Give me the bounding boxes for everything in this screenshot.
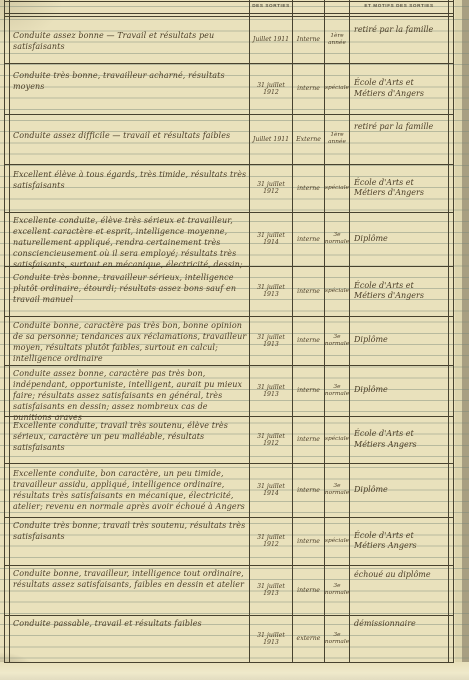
row-description: Excellent élève à tous égards, très timi… (13, 164, 247, 218)
row-exit-date: Juillet 1911 (250, 16, 292, 63)
row-exit-motif: démissionnaire (354, 615, 446, 666)
row-separator-line (4, 16, 454, 17)
row-separator-line (4, 212, 454, 213)
row-regime: interne (293, 463, 324, 517)
row-regime: interne (293, 416, 324, 463)
row-regime: interne (293, 266, 324, 316)
row-exit-date: 31 juillet 1912 (250, 63, 292, 114)
row-description: Conduite très bonne, travail très souten… (13, 517, 247, 569)
row-description: Conduite bonne, caractère pas très bon, … (13, 316, 247, 370)
row-regime: interne (293, 565, 324, 615)
row-exit-date: 31 juillet 1912 (250, 416, 292, 463)
row-separator-line (4, 662, 454, 663)
column-header-dates: DES SORTIES (250, 1, 292, 11)
row-exit-motif: Diplôme (354, 316, 446, 365)
row-classe: 3e normale (325, 565, 349, 615)
row-exit-date: 31 juillet 1912 (250, 517, 292, 565)
row-classe: 3e normale (325, 212, 349, 266)
row-exit-motif: Diplôme (354, 463, 446, 517)
row-description: Excellente conduite, travail très souten… (13, 416, 247, 468)
table-border-left-inner (9, 0, 10, 663)
table-border-right-outer (453, 0, 454, 663)
row-regime: interne (293, 63, 324, 114)
row-regime: interne (293, 365, 324, 416)
row-separator-line (4, 13, 454, 14)
row-description: Conduite très bonne, travailleur sérieux… (13, 266, 247, 323)
row-description: Conduite assez bonne, caractère pas très… (13, 365, 247, 420)
row-exit-motif: échoué au diplôme (354, 565, 446, 620)
row-description: Conduite bonne, travailleur, intelligenc… (13, 565, 247, 619)
row-exit-motif: École d'Arts et Métiers Angers (354, 517, 446, 565)
row-classe: 3e normale (325, 463, 349, 517)
row-exit-motif: École d'Arts et Métiers d'Angers (354, 266, 446, 316)
column-header-motifs: ET MOTIFS DES SORTIES (350, 1, 448, 11)
row-separator-line (4, 1, 454, 2)
row-regime: interne (293, 212, 324, 266)
row-exit-date: 31 juillet 1914 (250, 463, 292, 517)
row-description: Excellente conduite, élève très sérieux … (13, 212, 247, 270)
ledger-page-scan: DES SORTIES ET MOTIFS DES SORTIES Condui… (0, 0, 469, 680)
row-exit-motif: École d'Arts et Métiers Angers (354, 416, 446, 463)
row-exit-date: 31 juillet 1913 (250, 316, 292, 365)
row-classe: spéciale (325, 266, 349, 316)
row-description: Excellente conduite, bon caractère, un p… (13, 463, 247, 523)
row-separator-line (4, 316, 454, 317)
row-exit-motif: Diplôme (354, 365, 446, 416)
row-exit-motif: Diplôme (354, 212, 446, 266)
row-exit-date: Juillet 1911 (250, 114, 292, 164)
row-classe: spéciale (325, 164, 349, 212)
row-regime: interne (293, 517, 324, 565)
row-separator-line (4, 164, 454, 165)
row-classe: 1ère année (325, 16, 349, 63)
row-separator-line (4, 365, 454, 366)
row-exit-motif: École d'Arts et Métiers d'Angers (354, 164, 446, 212)
row-regime: Interne (293, 16, 324, 63)
row-regime: interne (293, 164, 324, 212)
table-border-left-outer (4, 0, 5, 663)
row-regime: interne (293, 316, 324, 365)
row-description: Conduite passable, travail et résultats … (13, 615, 247, 666)
column-divider-motifs (349, 0, 350, 663)
row-separator-line (4, 416, 454, 417)
table-border-right-inner (448, 0, 449, 663)
row-regime: Externe (293, 114, 324, 164)
row-separator-line (4, 63, 454, 64)
row-separator-line (4, 615, 454, 616)
row-exit-motif: École d'Arts et Métiers d'Angers (354, 63, 446, 114)
row-separator-line (4, 517, 454, 518)
row-exit-date: 31 juillet 1912 (250, 164, 292, 212)
row-regime: externe (293, 615, 324, 662)
row-classe: spéciale (325, 517, 349, 565)
row-classe: 3e normale (325, 316, 349, 365)
row-classe: 1ère année (325, 114, 349, 164)
row-separator-line (4, 114, 454, 115)
row-classe: 3e normale (325, 615, 349, 662)
row-exit-date: 31 juillet 1914 (250, 212, 292, 266)
row-separator-line (4, 266, 454, 267)
row-exit-date: 31 juillet 1913 (250, 565, 292, 615)
row-exit-date: 31 juillet 1913 (250, 365, 292, 416)
row-exit-date: 31 juillet 1913 (250, 615, 292, 662)
row-separator-line (4, 463, 454, 464)
row-classe: spéciale (325, 63, 349, 114)
row-separator-line (4, 565, 454, 566)
row-classe: spéciale (325, 416, 349, 463)
row-classe: 3e normale (325, 365, 349, 416)
row-exit-date: 31 juillet 1913 (250, 266, 292, 316)
